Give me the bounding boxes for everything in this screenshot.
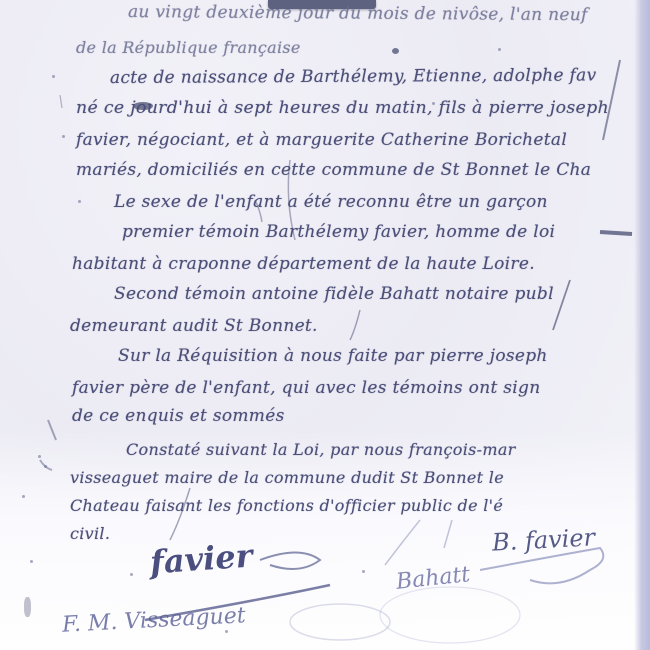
page-edge-shadow (634, 0, 650, 650)
speck (30, 560, 33, 563)
document-line: visseaguet maire de la commune dudit St … (70, 468, 504, 487)
document-line: Chateau faisant les fonctions d'officier… (70, 496, 503, 515)
document-line: civil. (70, 524, 110, 543)
document-line: Le sexe de l'enfant a été reconnu être u… (114, 192, 548, 212)
document-line: acte de naissance de Barthélemy, Etienne… (110, 65, 597, 88)
speck (44, 465, 47, 468)
speck (78, 200, 81, 203)
document-line: né ce jourd'hui à sept heures du matin, … (76, 98, 609, 118)
speck (52, 75, 55, 78)
document-line: premier témoin Barthélemy favier, homme … (122, 222, 555, 242)
speck (225, 630, 228, 633)
document-line: Second témoin antoine fidèle Bahatt nota… (114, 284, 554, 304)
document-line: favier père de l'enfant, qui avec les té… (72, 378, 540, 398)
document-line: de la République française (76, 38, 301, 57)
ink-blot (24, 597, 31, 617)
speck (62, 135, 65, 138)
ink-blot (392, 48, 399, 54)
signature-bahatt: Bahatt (395, 562, 471, 595)
speck (362, 570, 365, 573)
document-line: habitant à craponne département de la ha… (72, 254, 535, 274)
document-line: Sur la Réquisition à nous faite par pier… (118, 346, 548, 366)
signature-favier: favier (149, 536, 254, 581)
speck (498, 48, 501, 51)
speck (22, 495, 25, 498)
document-line: Constaté suivant la Loi, par nous franço… (126, 440, 516, 459)
document-line: mariés, domiciliés en cette commune de S… (76, 160, 591, 180)
signature-b-favier: B. favier (491, 523, 595, 556)
signature-visseaguet: F. M. Visseaguet (61, 603, 246, 638)
speck (130, 573, 133, 576)
document-line: de ce enquis et sommés (72, 406, 285, 426)
document-line: favier, négociant, et à marguerite Cathe… (76, 130, 567, 150)
document-line: au vingt deuxième jour du mois de nivôse… (128, 2, 588, 25)
scanned-document-page: au vingt deuxième jour du mois de nivôse… (0, 0, 650, 650)
speck (38, 455, 41, 458)
document-line: demeurant audit St Bonnet. (70, 316, 318, 336)
